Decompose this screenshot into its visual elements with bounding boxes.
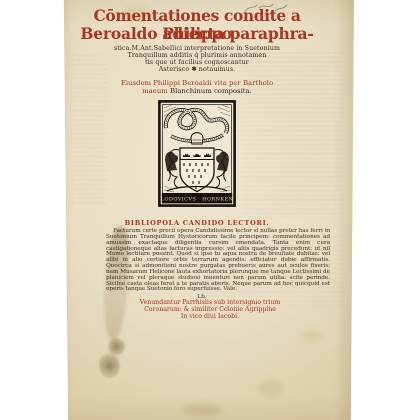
subtitle-block: stica.M.Ant.Sabellici interpretatione in…: [62, 45, 332, 73]
main-title-line2: Beroaldo adiecta paraphra-: [62, 25, 332, 43]
bibliopola-heading: BIBLIOPOLA CANDIDO LECTORI.: [62, 219, 332, 227]
subtitle-line: Asterisco ✱ notauimus.: [62, 66, 332, 73]
author-vita-line2-red: maeum: [142, 87, 170, 95]
title-page-leaf: Cōmentationes condite a Philippo Beroald…: [62, 0, 354, 420]
author-vita-line2: maeum Blanchinum composita.: [62, 88, 332, 96]
foxing-spot: [258, 380, 284, 396]
imprint-line: In vico diui Iacobi.: [76, 314, 344, 321]
foxing-spot: [182, 404, 222, 416]
subtitle-line: tis que ut facilius cognoscantur: [62, 59, 332, 66]
address-to-reader-paragraph: Facturum certe precii opera Candidissime…: [106, 229, 330, 293]
verso-showthrough-right: [230, 52, 348, 218]
verso-showthrough-left: [70, 55, 108, 205]
foxing-spot: [302, 330, 322, 342]
author-vita-note: Eiusdem Philippi Beroaldi vita per Barth…: [62, 80, 332, 95]
author-vita-line2-black: Blanchinum composita.: [170, 87, 252, 95]
printer-device-woodcut: LODOVICVS · HORNKEN: [158, 100, 236, 207]
imprint-colophon: Venundantur Parrhisiis sub intersignio t…: [76, 300, 344, 320]
photographed-book-page: Cōmentationes condite a Philippo Beroald…: [0, 0, 420, 420]
printer-name-caption: LODOVICVS · HORNKEN: [161, 197, 234, 203]
subtitle-line: stica.M.Ant.Sabellici interpretatione in…: [62, 45, 332, 52]
round-stain-lower: [99, 353, 120, 378]
subtitle-line: Tranquillum additis q́ plurimis annotame…: [62, 52, 332, 59]
